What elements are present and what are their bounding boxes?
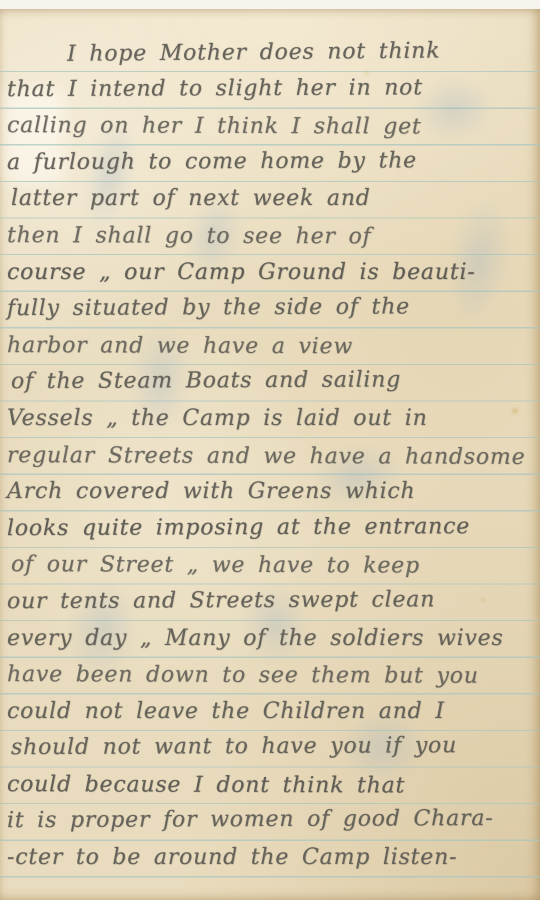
handwriting-line: fully situated by the side of the (7, 288, 540, 327)
letter-body: I hope Mother does not thinkthat I inten… (7, 34, 540, 876)
handwriting-line: I hope Mother does not think (7, 32, 540, 73)
handwriting-line: of our Street „ we have to keep (7, 546, 540, 584)
handwriting-line: have been down to see them but you (7, 656, 540, 694)
handwriting-line: looks quite imposing at the entrance (7, 508, 540, 547)
handwriting-line: Arch covered with Greens which (7, 473, 540, 510)
handwriting-line: should not want to have you if you (7, 727, 540, 766)
scan-background: I hope Mother does not thinkthat I inten… (0, 0, 540, 900)
handwriting-line: regular Streets and we have a handsome (7, 437, 540, 475)
handwriting-line: could not leave the Children and I (7, 693, 540, 730)
handwriting-line: every day „ Many of the soldiers wives (7, 620, 540, 657)
handwriting-line: a furlough to come home by the (7, 142, 540, 181)
handwriting-line: could because I dont think that (7, 766, 540, 804)
handwriting-line: -cter to be around the Camp listen- (7, 839, 540, 876)
handwriting-line: our tents and Streets swept clean (7, 581, 540, 620)
handwriting-line: it is proper for women of good Chara- (7, 800, 540, 839)
handwriting-line: of the Steam Boats and sailing (7, 361, 540, 400)
handwriting-line: course „ our Camp Ground is beauti- (7, 254, 540, 291)
handwriting-line: Vessels „ the Camp is laid out in (7, 400, 540, 437)
handwriting-line: then I shall go to see her of (7, 217, 540, 255)
letter-page: I hope Mother does not thinkthat I inten… (0, 9, 540, 900)
handwriting-line: harbor and we have a view (7, 327, 540, 365)
handwriting-line: latter part of next week and (7, 180, 540, 217)
handwriting-line: calling on her I think I shall get (7, 107, 540, 145)
handwriting-line: that I intend to slight her in not (7, 68, 540, 107)
